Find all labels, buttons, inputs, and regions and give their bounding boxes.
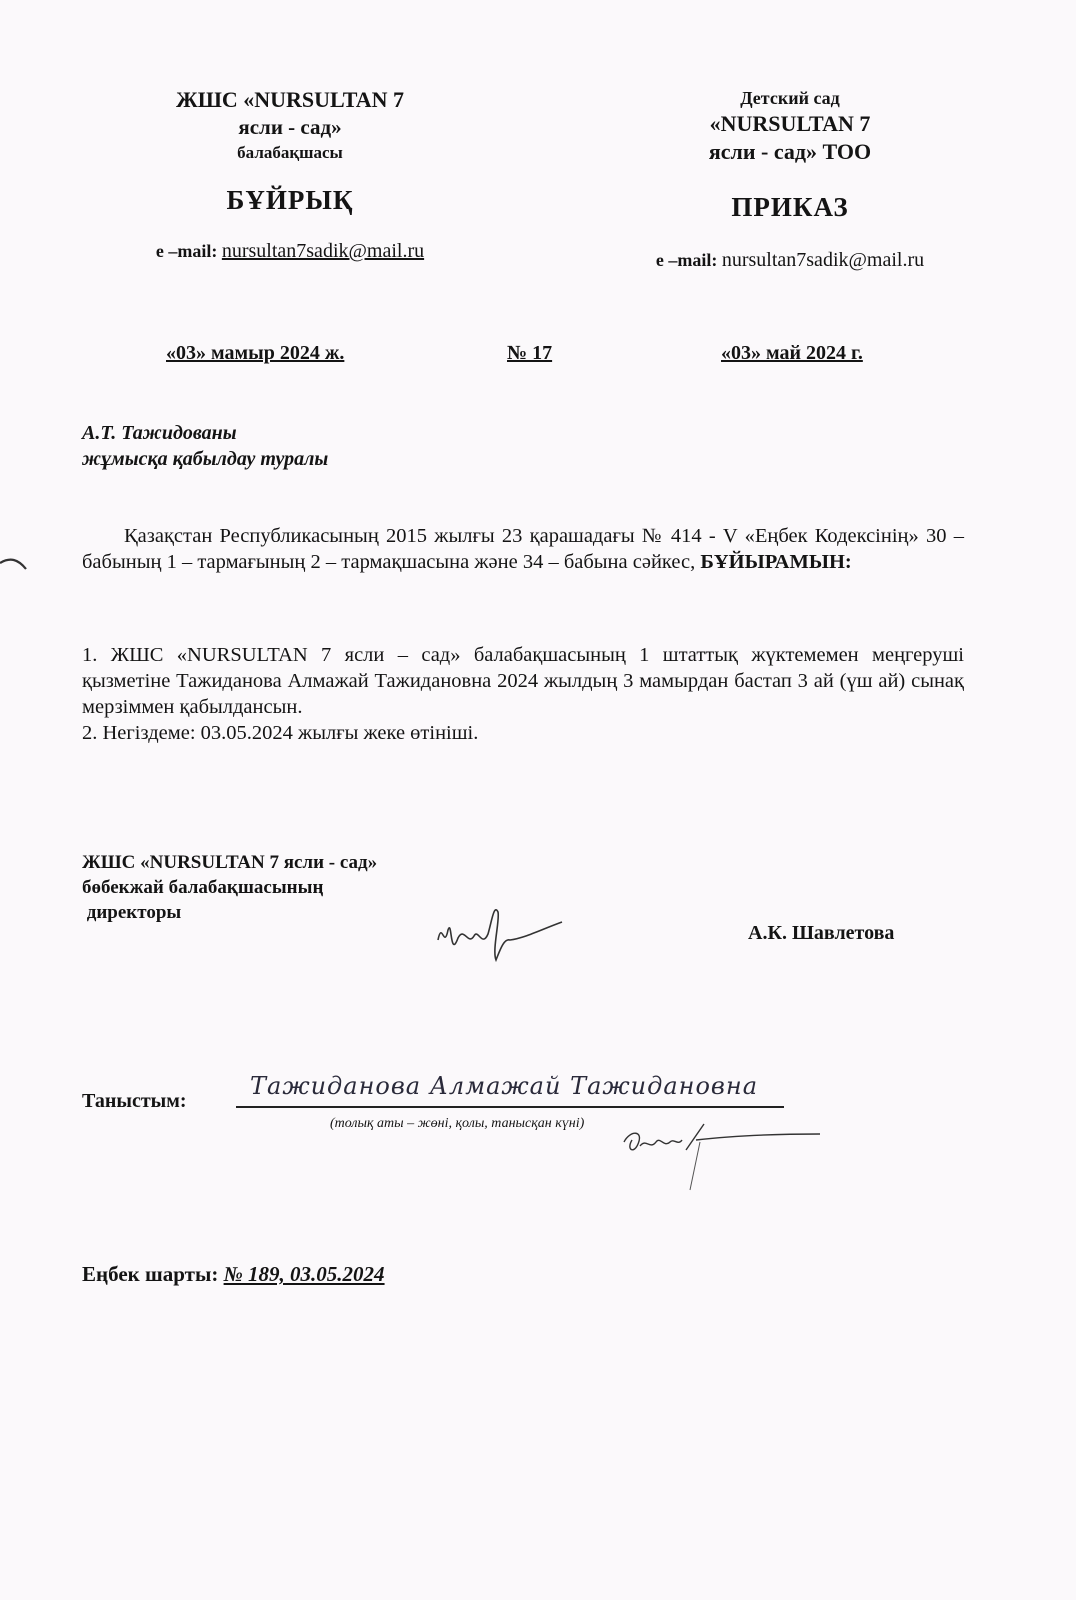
acknowledgement-caption: (толық аты – жөні, қолы, танысқан күні) — [330, 1116, 584, 1132]
subject-line-1: А.Т. Тажидованы — [82, 420, 328, 446]
sig-position: директоры — [82, 900, 377, 925]
subject-line-2: жұмысқа қабылдау туралы — [82, 446, 328, 472]
order-subject: А.Т. Тажидованы жұмысқа қабылдау туралы — [82, 420, 328, 472]
preamble: Қазақстан Республикасының 2015 жылғы 23 … — [82, 523, 964, 575]
contract-value: № 189, 03.05.2024 — [224, 1262, 385, 1286]
email-label-ru: e –mail: — [656, 250, 717, 270]
date-kz: «03» мамыр 2024 ж. — [166, 342, 344, 365]
contract-label: Еңбек шарты: — [82, 1262, 218, 1286]
order-word: БҰЙЫРАМЫН: — [700, 551, 851, 573]
order-number: № 17 — [507, 342, 552, 365]
scan-artifact-icon — [0, 555, 30, 575]
email-link-ru[interactable]: nursultan7sadik@mail.ru — [722, 249, 924, 271]
order-item-1: 1. ЖШС «NURSULTAN 7 ясли – сад» балабақш… — [82, 642, 964, 720]
org-name-ru-2: ясли - сад» ТОО — [560, 138, 1020, 166]
employment-contract: Еңбек шарты: № 189, 03.05.2024 — [82, 1262, 385, 1287]
header-right: Детский сад «NURSULTAN 7 ясли - сад» ТОО… — [560, 86, 1020, 272]
email-ru: e –mail: nursultan7sadik@mail.ru — [560, 249, 1020, 272]
email-kz: e –mail: nursultan7sadik@mail.ru — [60, 240, 520, 263]
org-type-ru: Детский сад — [560, 86, 1020, 110]
doc-type-ru: ПРИКАЗ — [560, 192, 1020, 223]
sig-org-line: ЖШС «NURSULTAN 7 ясли - сад» — [82, 850, 377, 875]
acknowledgement-label: Таныстым: — [82, 1090, 187, 1113]
email-link-kz[interactable]: nursultan7sadik@mail.ru — [222, 240, 424, 262]
date-ru: «03» май 2024 г. — [721, 342, 863, 365]
doc-type-kz: БҰЙРЫҚ — [60, 185, 520, 216]
org-name-kz: ЖШС «NURSULTAN 7 — [60, 86, 520, 114]
director-signature-icon — [430, 900, 570, 975]
acknowledgement-line — [236, 1106, 784, 1108]
employee-signature-icon — [620, 1120, 840, 1200]
document-page: ЖШС «NURSULTAN 7 ясли - сад» балабақшасы… — [0, 0, 1076, 1600]
order-item-2: 2. Негіздеме: 03.05.2024 жылғы жеке өтін… — [82, 720, 964, 746]
header-left: ЖШС «NURSULTAN 7 ясли - сад» балабақшасы… — [60, 86, 520, 263]
org-type-kz: балабақшасы — [60, 141, 520, 165]
director-name: А.К. Шавлетова — [748, 922, 894, 945]
org-name-ru: «NURSULTAN 7 — [560, 110, 1020, 138]
acknowledgement-handwritten-name: Тажиданова Алмажай Тажидановна — [250, 1072, 758, 1100]
signature-block: ЖШС «NURSULTAN 7 ясли - сад» бөбекжай ба… — [82, 850, 377, 925]
email-label-kz: e –mail: — [156, 241, 217, 261]
sig-org-type: бөбекжай балабақшасының — [82, 875, 377, 900]
org-name-kz-2: ясли - сад» — [60, 114, 520, 141]
